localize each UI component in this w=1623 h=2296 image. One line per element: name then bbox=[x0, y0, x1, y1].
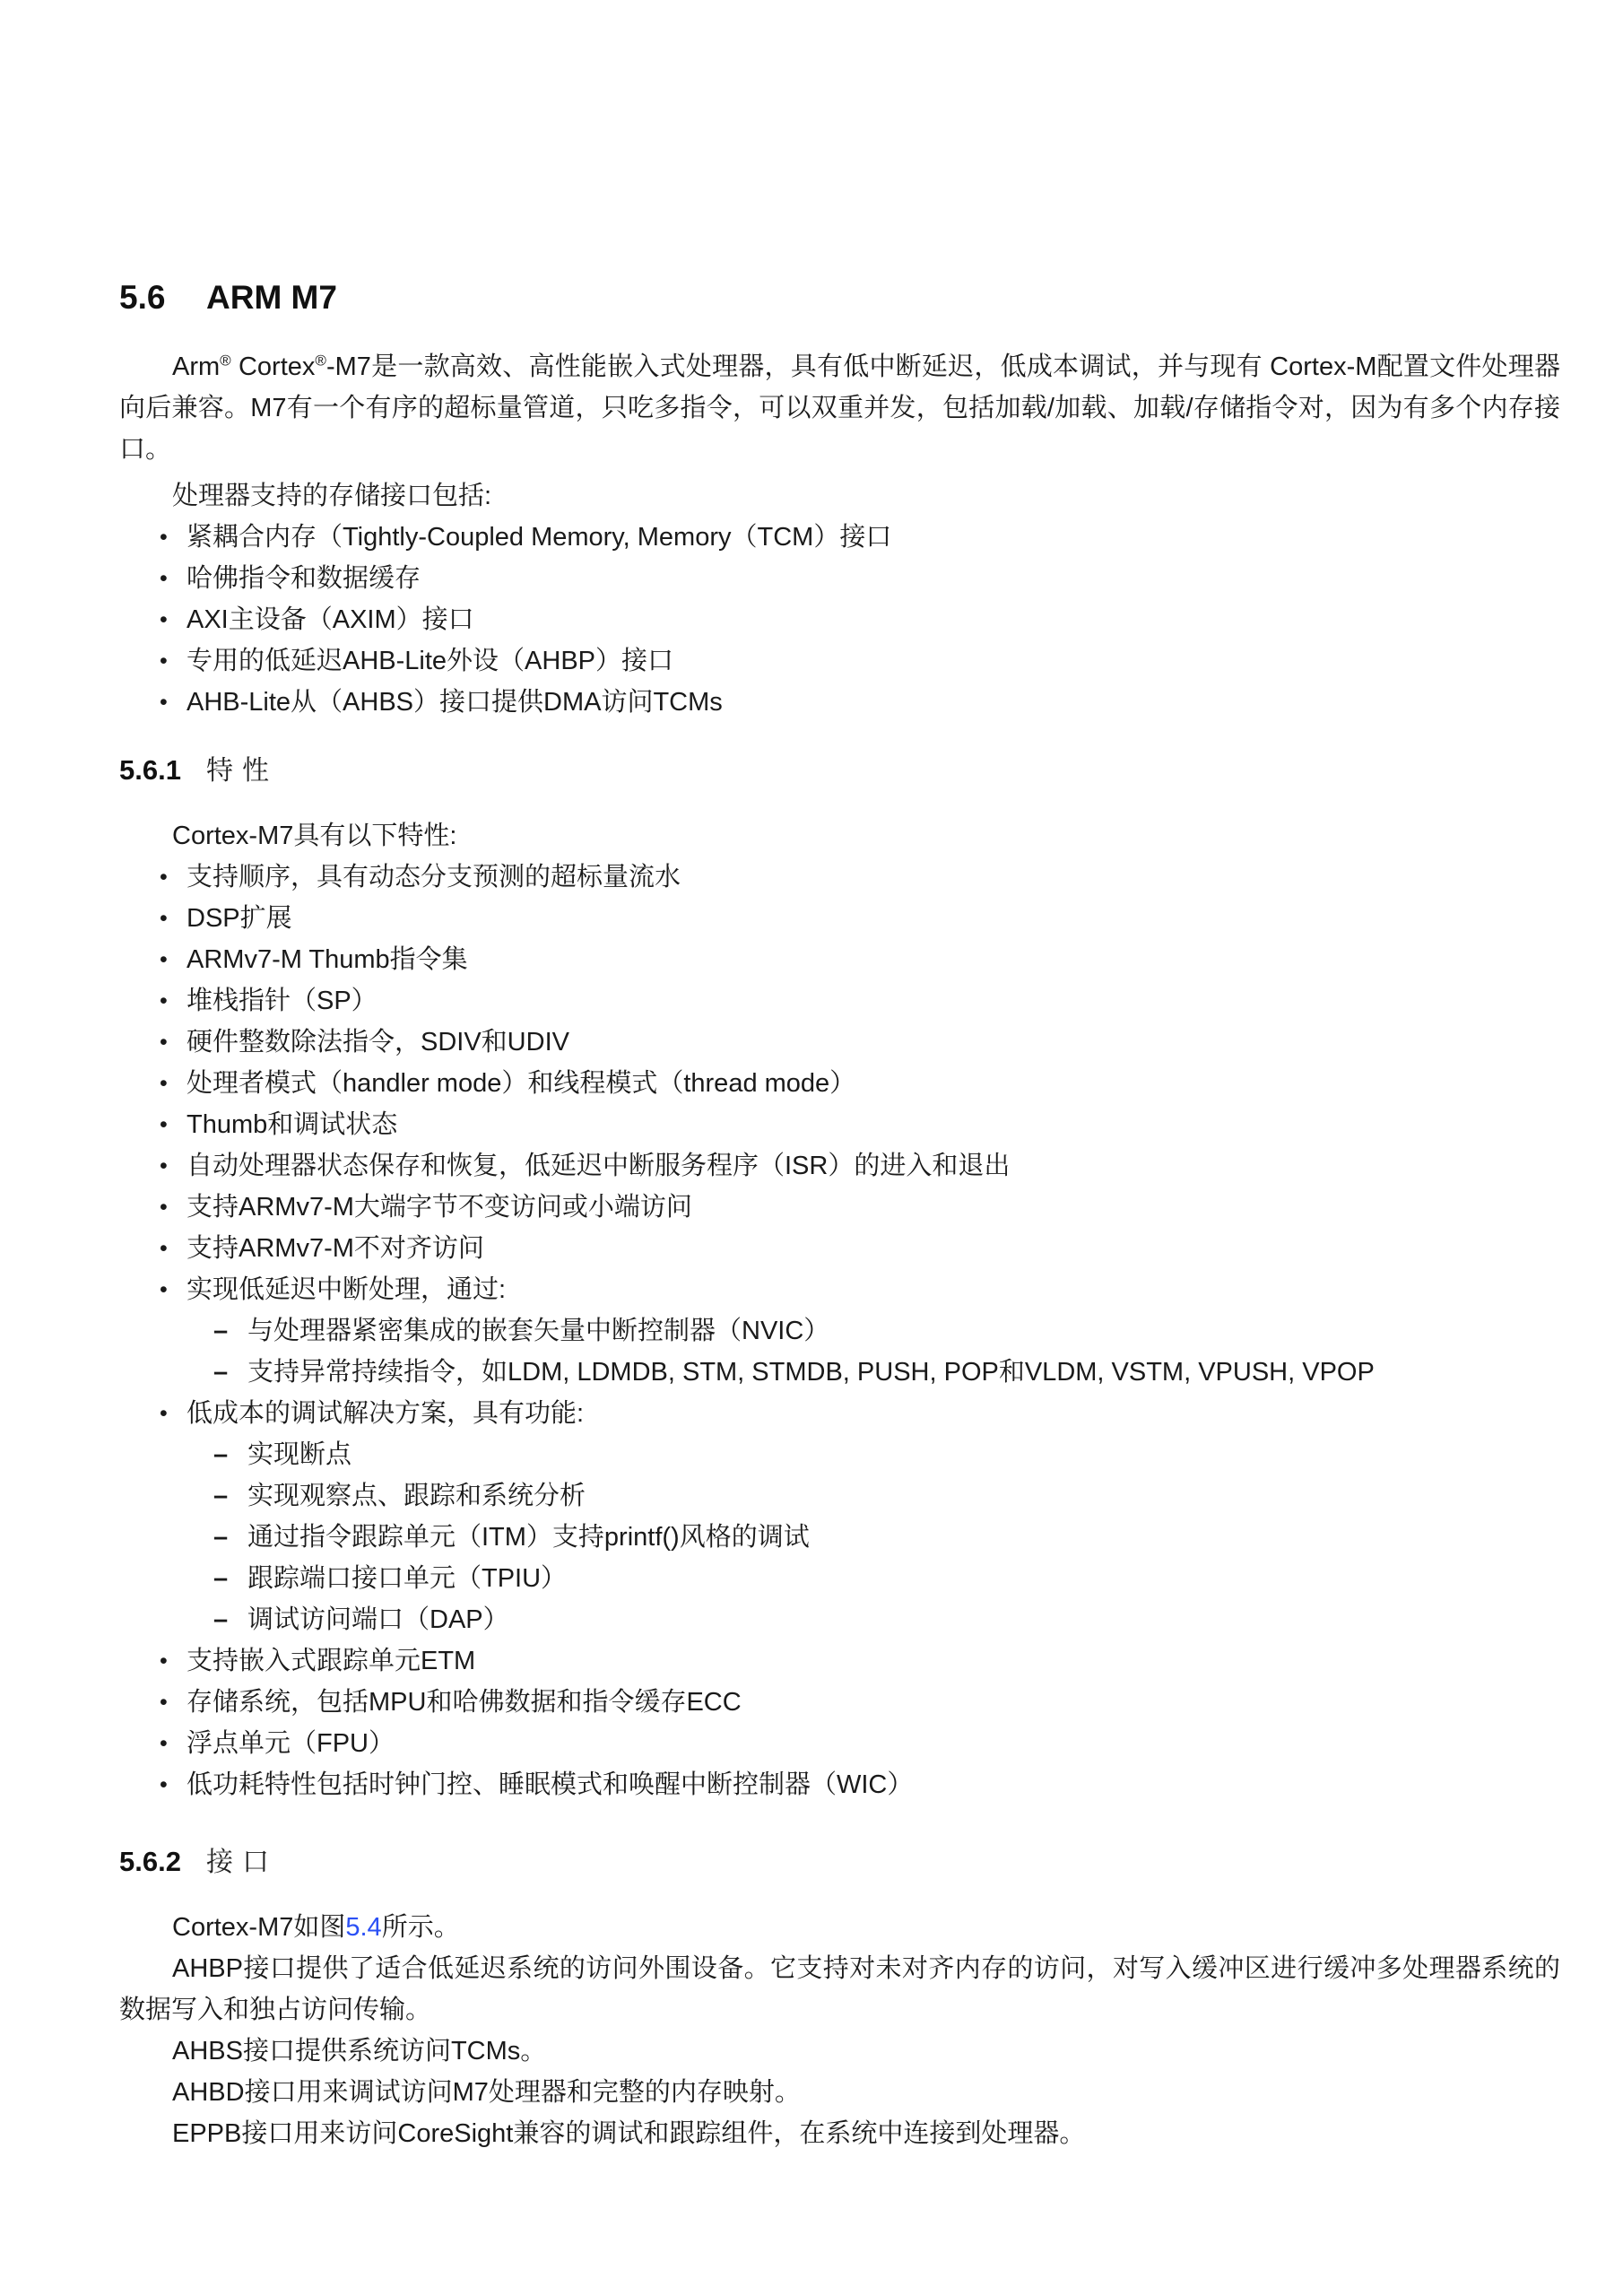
bullet-marker: • bbox=[160, 599, 187, 640]
list-item-text: 低功耗特性包括时钟门控、睡眠模式和唤醒中断控制器（WIC） bbox=[187, 1764, 1560, 1805]
list-item-text: 处理者模式（handler mode）和线程模式（thread mode） bbox=[187, 1063, 1560, 1104]
dash-marker: – bbox=[213, 1599, 247, 1640]
bullet-marker: • bbox=[160, 857, 187, 898]
document-page: 5.6 ARM M7 Arm® Cortex®-M7是一款高效、高性能嵌入式处理… bbox=[0, 0, 1623, 2296]
list-item: •哈佛指令和数据缓存 bbox=[119, 558, 1560, 599]
storage-interface-list: •紧耦合内存（Tightly-Coupled Memory, Memory（TC… bbox=[119, 517, 1560, 723]
sub-list-item: –调试访问端口（DAP） bbox=[119, 1599, 1560, 1640]
list-item-text: 支持ARMv7-M不对齐访问 bbox=[187, 1228, 1560, 1269]
dash-marker: – bbox=[213, 1475, 247, 1517]
list-item-text: AHB-Lite从（AHBS）接口提供DMA访问TCMs bbox=[187, 682, 1560, 723]
figure-ref-text-before: Cortex-M7如图 bbox=[172, 1913, 345, 1942]
figure-ref-text-after: 所示。 bbox=[382, 1913, 460, 1942]
list-item-text: 支持ARMv7-M大端字节不变访问或小端访问 bbox=[187, 1187, 1560, 1228]
list-item-text: ARMv7-M Thumb指令集 bbox=[187, 939, 1560, 980]
figure-reference-line: Cortex-M7如图5.4所示。 bbox=[119, 1907, 1560, 1948]
section-number: 5.6 bbox=[119, 278, 206, 317]
list-item-text: 紧耦合内存（Tightly-Coupled Memory, Memory（TCM… bbox=[187, 517, 1560, 558]
features-list: •支持顺序，具有动态分支预测的超标量流水 •DSP扩展 •ARMv7-M Thu… bbox=[119, 857, 1560, 1805]
list-item: •处理者模式（handler mode）和线程模式（thread mode） bbox=[119, 1063, 1560, 1104]
interface-paragraph-ahbs: AHBS接口提供系统访问TCMs。 bbox=[119, 2031, 1560, 2072]
bullet-marker: • bbox=[160, 1187, 187, 1228]
list-item: •Thumb和调试状态 bbox=[119, 1104, 1560, 1145]
list-item-text: 硬件整数除法指令，SDIV和UDIV bbox=[187, 1022, 1560, 1063]
list-item: •实现低延迟中断处理，通过: bbox=[119, 1269, 1560, 1310]
bullet-marker: • bbox=[160, 1640, 187, 1682]
registered-trademark-icon: ® bbox=[220, 352, 231, 369]
list-item: •专用的低延迟AHB-Lite外设（AHBP）接口 bbox=[119, 640, 1560, 682]
bullet-marker: • bbox=[160, 1145, 187, 1187]
list-item: •浮点单元（FPU） bbox=[119, 1723, 1560, 1764]
section-number: 5.6.2 bbox=[119, 1841, 206, 1883]
bullet-marker: • bbox=[160, 1764, 187, 1805]
list-item-text: 自动处理器状态保存和恢复，低延迟中断服务程序（ISR）的进入和退出 bbox=[187, 1145, 1560, 1187]
list-item: •支持ARMv7-M不对齐访问 bbox=[119, 1228, 1560, 1269]
registered-trademark-icon: ® bbox=[315, 352, 326, 369]
dash-marker: – bbox=[213, 1517, 247, 1558]
figure-5-4-link[interactable]: 5.4 bbox=[345, 1913, 381, 1942]
bullet-marker: • bbox=[160, 1723, 187, 1764]
sub-list-item: –支持异常持续指令，如LDM, LDMDB, STM, STMDB, PUSH,… bbox=[119, 1352, 1560, 1393]
list-item-text: 调试访问端口（DAP） bbox=[247, 1599, 1560, 1640]
section-title: 特性 bbox=[206, 751, 278, 792]
list-item: •AHB-Lite从（AHBS）接口提供DMA访问TCMs bbox=[119, 682, 1560, 723]
bullet-marker: • bbox=[160, 939, 187, 980]
sub-list-item: –跟踪端口接口单元（TPIU） bbox=[119, 1558, 1560, 1599]
list-item: •支持顺序，具有动态分支预测的超标量流水 bbox=[119, 857, 1560, 898]
bullet-marker: • bbox=[160, 898, 187, 939]
list-item-text: 专用的低延迟AHB-Lite外设（AHBP）接口 bbox=[187, 640, 1560, 682]
list-item-text: 实现观察点、跟踪和系统分析 bbox=[247, 1475, 1560, 1517]
list-item: •AXI主设备（AXIM）接口 bbox=[119, 599, 1560, 640]
bullet-marker: • bbox=[160, 682, 187, 723]
list-item-text: 支持嵌入式跟踪单元ETM bbox=[187, 1640, 1560, 1682]
bullet-marker: • bbox=[160, 1104, 187, 1145]
list-item-text: DSP扩展 bbox=[187, 898, 1560, 939]
intro-text-arm: Arm bbox=[172, 352, 220, 381]
list-item-text: 与处理器紧密集成的嵌套矢量中断控制器（NVIC） bbox=[247, 1310, 1560, 1352]
bullet-marker: • bbox=[160, 1393, 187, 1434]
section-heading-5-6-1: 5.6.1 特性 bbox=[119, 750, 1560, 792]
list-item-text: 哈佛指令和数据缓存 bbox=[187, 558, 1560, 599]
storage-lead: 处理器支持的存储接口包括: bbox=[119, 475, 1560, 517]
list-item-text: 实现断点 bbox=[247, 1434, 1560, 1475]
bullet-marker: • bbox=[160, 558, 187, 599]
list-item: •支持ARMv7-M大端字节不变访问或小端访问 bbox=[119, 1187, 1560, 1228]
section-heading-5-6: 5.6 ARM M7 bbox=[119, 278, 1560, 317]
list-item-text: AXI主设备（AXIM）接口 bbox=[187, 599, 1560, 640]
dash-marker: – bbox=[213, 1434, 247, 1475]
section-heading-5-6-2: 5.6.2 接口 bbox=[119, 1841, 1560, 1883]
list-item: •ARMv7-M Thumb指令集 bbox=[119, 939, 1560, 980]
sub-list-item: –与处理器紧密集成的嵌套矢量中断控制器（NVIC） bbox=[119, 1310, 1560, 1352]
list-item: •自动处理器状态保存和恢复，低延迟中断服务程序（ISR）的进入和退出 bbox=[119, 1145, 1560, 1187]
list-item-text: 支持顺序，具有动态分支预测的超标量流水 bbox=[187, 857, 1560, 898]
dash-marker: – bbox=[213, 1352, 247, 1393]
interface-paragraph-ahbd: AHBD接口用来调试访问M7处理器和完整的内存映射。 bbox=[119, 2072, 1560, 2113]
features-lead: Cortex-M7具有以下特性: bbox=[119, 815, 1560, 857]
list-item-text: 存储系统，包括MPU和哈佛数据和指令缓存ECC bbox=[187, 1682, 1560, 1723]
list-item-text: 跟踪端口接口单元（TPIU） bbox=[247, 1558, 1560, 1599]
section-title: 接口 bbox=[206, 1842, 278, 1883]
list-item-text: Thumb和调试状态 bbox=[187, 1104, 1560, 1145]
bullet-marker: • bbox=[160, 1682, 187, 1723]
bullet-marker: • bbox=[160, 1228, 187, 1269]
list-item-text: 堆栈指针（SP） bbox=[187, 980, 1560, 1022]
bullet-marker: • bbox=[160, 1063, 187, 1104]
intro-text-cortex: Cortex bbox=[231, 352, 316, 381]
list-item: •堆栈指针（SP） bbox=[119, 980, 1560, 1022]
list-item: •支持嵌入式跟踪单元ETM bbox=[119, 1640, 1560, 1682]
list-item: •硬件整数除法指令，SDIV和UDIV bbox=[119, 1022, 1560, 1063]
list-item-text: 通过指令跟踪单元（ITM）支持printf()风格的调试 bbox=[247, 1517, 1560, 1558]
intro-paragraph: Arm® Cortex®-M7是一款高效、高性能嵌入式处理器，具有低中断延迟，低… bbox=[119, 346, 1560, 470]
bullet-marker: • bbox=[160, 1269, 187, 1310]
section-title: ARM M7 bbox=[206, 278, 337, 317]
bullet-marker: • bbox=[160, 1022, 187, 1063]
section-number: 5.6.1 bbox=[119, 750, 206, 791]
sub-list-item: –实现断点 bbox=[119, 1434, 1560, 1475]
dash-marker: – bbox=[213, 1310, 247, 1352]
bullet-marker: • bbox=[160, 517, 187, 558]
bullet-marker: • bbox=[160, 980, 187, 1022]
list-item: •存储系统，包括MPU和哈佛数据和指令缓存ECC bbox=[119, 1682, 1560, 1723]
intro-text-body: -M7是一款高效、高性能嵌入式处理器，具有低中断延迟，低成本调试，并与现有 Co… bbox=[119, 352, 1560, 464]
list-item: •紧耦合内存（Tightly-Coupled Memory, Memory（TC… bbox=[119, 517, 1560, 558]
sub-list-item: –实现观察点、跟踪和系统分析 bbox=[119, 1475, 1560, 1517]
list-item-text: 浮点单元（FPU） bbox=[187, 1723, 1560, 1764]
interface-paragraph-ahbp: AHBP接口提供了适合低延迟系统的访问外围设备。它支持对未对齐内存的访问，对写入… bbox=[119, 1948, 1560, 2031]
sub-list-item: –通过指令跟踪单元（ITM）支持printf()风格的调试 bbox=[119, 1517, 1560, 1558]
bullet-marker: • bbox=[160, 640, 187, 682]
list-item-text: 低成本的调试解决方案，具有功能: bbox=[187, 1393, 1560, 1434]
list-item-text: 支持异常持续指令，如LDM, LDMDB, STM, STMDB, PUSH, … bbox=[247, 1352, 1560, 1393]
interface-paragraph-eppb: EPPB接口用来访问CoreSight兼容的调试和跟踪组件，在系统中连接到处理器… bbox=[119, 2113, 1560, 2154]
list-item-text: 实现低延迟中断处理，通过: bbox=[187, 1269, 1560, 1310]
list-item: •DSP扩展 bbox=[119, 898, 1560, 939]
list-item: •低成本的调试解决方案，具有功能: bbox=[119, 1393, 1560, 1434]
list-item: •低功耗特性包括时钟门控、睡眠模式和唤醒中断控制器（WIC） bbox=[119, 1764, 1560, 1805]
dash-marker: – bbox=[213, 1558, 247, 1599]
